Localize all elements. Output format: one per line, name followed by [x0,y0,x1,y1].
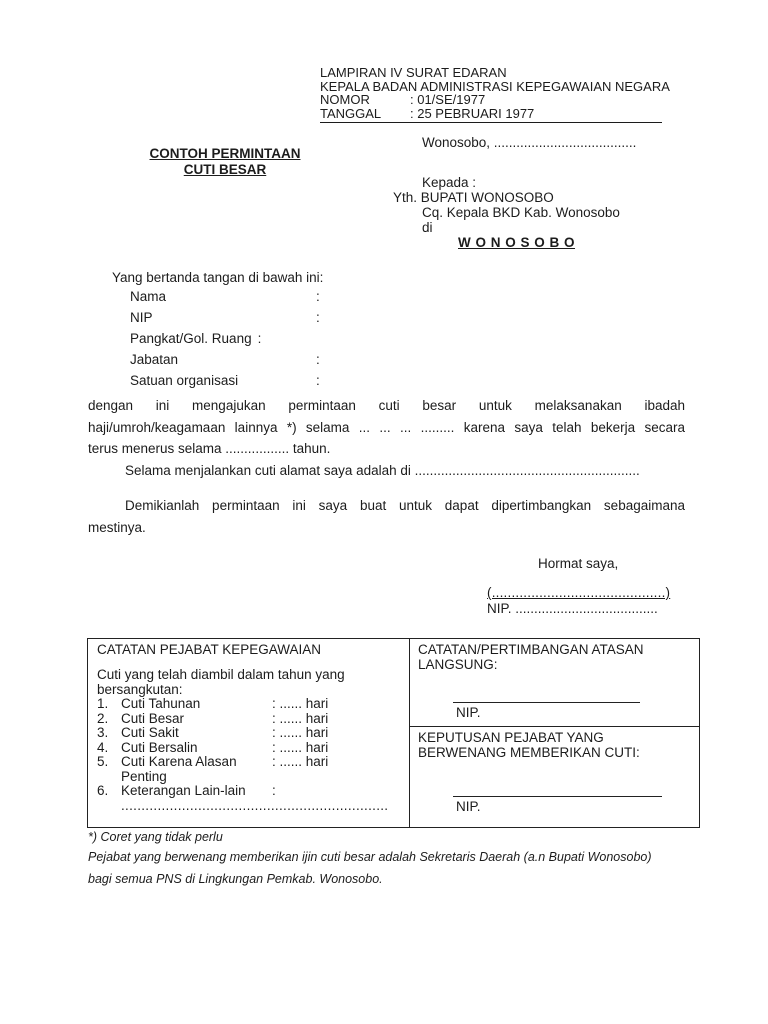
leave-row-value: : ...... hari [272,726,328,741]
leave-row-cuti-tahunan: 1. Cuti Tahunan : ...... hari [97,697,401,712]
leave-row-number: 3. [97,726,121,741]
authority-decision-cell: KEPUTUSAN PEJABAT YANG BERWENANG MEMBERI… [410,727,699,827]
leave-row-number: 1. [97,697,121,712]
leave-row-cuti-sakit: 3. Cuti Sakit : ...... hari [97,726,401,741]
reference-tanggal-row: TANGGAL : 25 PEBRUARI 1977 [320,107,662,124]
leave-row-label: Cuti Karena Alasan Penting [121,755,272,784]
field-label: Nama [130,289,316,310]
document-title-line-1: CONTOH PERMINTAAN [150,146,301,161]
closing-paragraph: Demikianlah permintaan ini saya buat unt… [88,495,685,538]
signature-rule-line [453,796,662,797]
footnotes: *) Coret yang tidak perlu Pejabat yang b… [88,828,652,888]
recipient-kepada: Kepada : [393,175,620,190]
footnote-strike-note: *) Coret yang tidak perlu [88,828,652,846]
closing-paragraph-line: Demikianlah permintaan ini saya buat unt… [88,495,685,517]
officials-notes-table: CATATAN PEJABAT KEPEGAWAIAN Cuti yang te… [87,638,700,828]
leave-row-value: : [272,784,276,799]
closing-paragraph-line: mestinya. [88,517,685,539]
address-paragraph: Selama menjalankan cuti alamat saya adal… [88,460,685,482]
recipient-yth: Yth. BUPATI WONOSOBO [393,190,620,205]
signature-name-line: (.......................................… [487,585,670,600]
request-paragraph-line: terus menerus selama ................. t… [88,438,685,460]
recipient-city: W O N O S O B O [458,235,575,250]
personnel-officer-notes-cell: CATATAN PEJABAT KEPEGAWAIAN Cuti yang te… [88,639,410,827]
field-label: NIP [130,310,316,331]
right-column: CATATAN/PERTIMBANGAN ATASAN LANGSUNG: NI… [410,639,699,827]
request-paragraph-line: dengan ini mengajukan permintaan cuti be… [88,395,685,417]
recipient-di: di [393,220,620,235]
nomor-label: NOMOR [320,93,410,107]
field-row-jabatan: Jabatan : [130,352,320,373]
field-colon: : [258,331,262,352]
request-paragraph: dengan ini mengajukan permintaan cuti be… [88,395,685,460]
personnel-notes-subtitle: bersangkutan: [97,683,401,698]
signature-rule-line [453,702,640,703]
intro-line: Yang bertanda tangan di bawah ini: [112,270,323,285]
leave-row-keterangan-lain: 6. Keterangan Lain-lain : [97,784,401,799]
signature-salutation: Hormat saya, [538,556,618,571]
leave-row-label: Cuti Bersalin [121,741,272,756]
leave-row-number: 2. [97,712,121,727]
supervisor-cell-title: CATATAN/PERTIMBANGAN ATASAN [418,642,691,657]
field-row-pangkat: Pangkat/Gol. Ruang : [130,331,320,352]
field-colon: : [316,289,320,310]
field-colon: : [316,373,320,394]
leave-row-cuti-besar: 2. Cuti Besar : ...... hari [97,712,401,727]
leave-row-value: : ...... hari [272,755,328,784]
supervisor-nip-label: NIP. [456,705,691,720]
leave-row-label: Cuti Sakit [121,726,272,741]
keterangan-dots-line: ........................................… [97,799,401,814]
recipient-block: Kepada : Yth. BUPATI WONOSOBO Cq. Kepala… [393,175,620,250]
field-row-nama: Nama : [130,289,320,310]
leave-row-number: 4. [97,741,121,756]
leave-row-cuti-alasan-penting: 5. Cuti Karena Alasan Penting : ...... h… [97,755,401,784]
leave-row-number: 5. [97,755,121,784]
leave-row-label: Keterangan Lain-lain [121,784,272,799]
leave-row-value: : ...... hari [272,697,328,712]
leave-row-cuti-bersalin: 4. Cuti Bersalin : ...... hari [97,741,401,756]
leave-row-value: : ...... hari [272,712,328,727]
city-date-line: Wonosobo, ..............................… [422,135,636,150]
leave-row-value: : ...... hari [272,741,328,756]
supervisor-consideration-cell: CATATAN/PERTIMBANGAN ATASAN LANGSUNG: NI… [410,639,699,727]
signature-nip-line: NIP. ...................................… [487,601,658,616]
reference-header: LAMPIRAN IV SURAT EDARAN KEPALA BADAN AD… [320,66,662,123]
footnote-authority-line: Pejabat yang berwenang memberikan ijin c… [88,848,652,866]
identity-fields: Nama : NIP : Pangkat/Gol. Ruang : Jabata… [130,289,320,394]
field-colon: : [316,352,320,373]
leave-row-label: Cuti Tahunan [121,697,272,712]
reference-line-2: KEPALA BADAN ADMINISTRASI KEPEGAWAIAN NE… [320,80,662,94]
footnote-authority-line: bagi semua PNS di Lingkungan Pemkab. Won… [88,870,652,888]
leave-row-label: Cuti Besar [121,712,272,727]
nomor-value: : 01/SE/1977 [410,93,485,107]
document-title-line-2: CUTI BESAR [184,162,267,177]
recipient-cq: Cq. Kepala BKD Kab. Wonosobo [393,205,620,220]
tanggal-label: TANGGAL [320,107,410,121]
field-label: Pangkat/Gol. Ruang [130,331,252,352]
personnel-notes-title: CATATAN PEJABAT KEPEGAWAIAN [97,642,401,657]
document-title: CONTOH PERMINTAAN CUTI BESAR [145,146,305,177]
reference-line-1: LAMPIRAN IV SURAT EDARAN [320,66,662,80]
reference-nomor-row: NOMOR : 01/SE/1977 [320,93,662,107]
authority-nip-label: NIP. [456,799,691,814]
field-row-satuan-organisasi: Satuan organisasi : [130,373,320,394]
request-paragraph-line: haji/umroh/keagamaan lainnya *) selama .… [88,417,685,439]
leave-row-number: 6. [97,784,121,799]
authority-cell-title: KEPUTUSAN PEJABAT YANG [418,730,691,745]
field-label: Jabatan [130,352,316,373]
authority-cell-title: BERWENANG MEMBERIKAN CUTI: [418,745,691,760]
field-label: Satuan organisasi [130,373,316,394]
tanggal-value: : 25 PEBRUARI 1977 [410,107,534,121]
field-row-nip: NIP : [130,310,320,331]
field-colon: : [316,310,320,331]
personnel-notes-subtitle: Cuti yang telah diambil dalam tahun yang [97,668,401,683]
supervisor-cell-title: LANGSUNG: [418,657,691,672]
